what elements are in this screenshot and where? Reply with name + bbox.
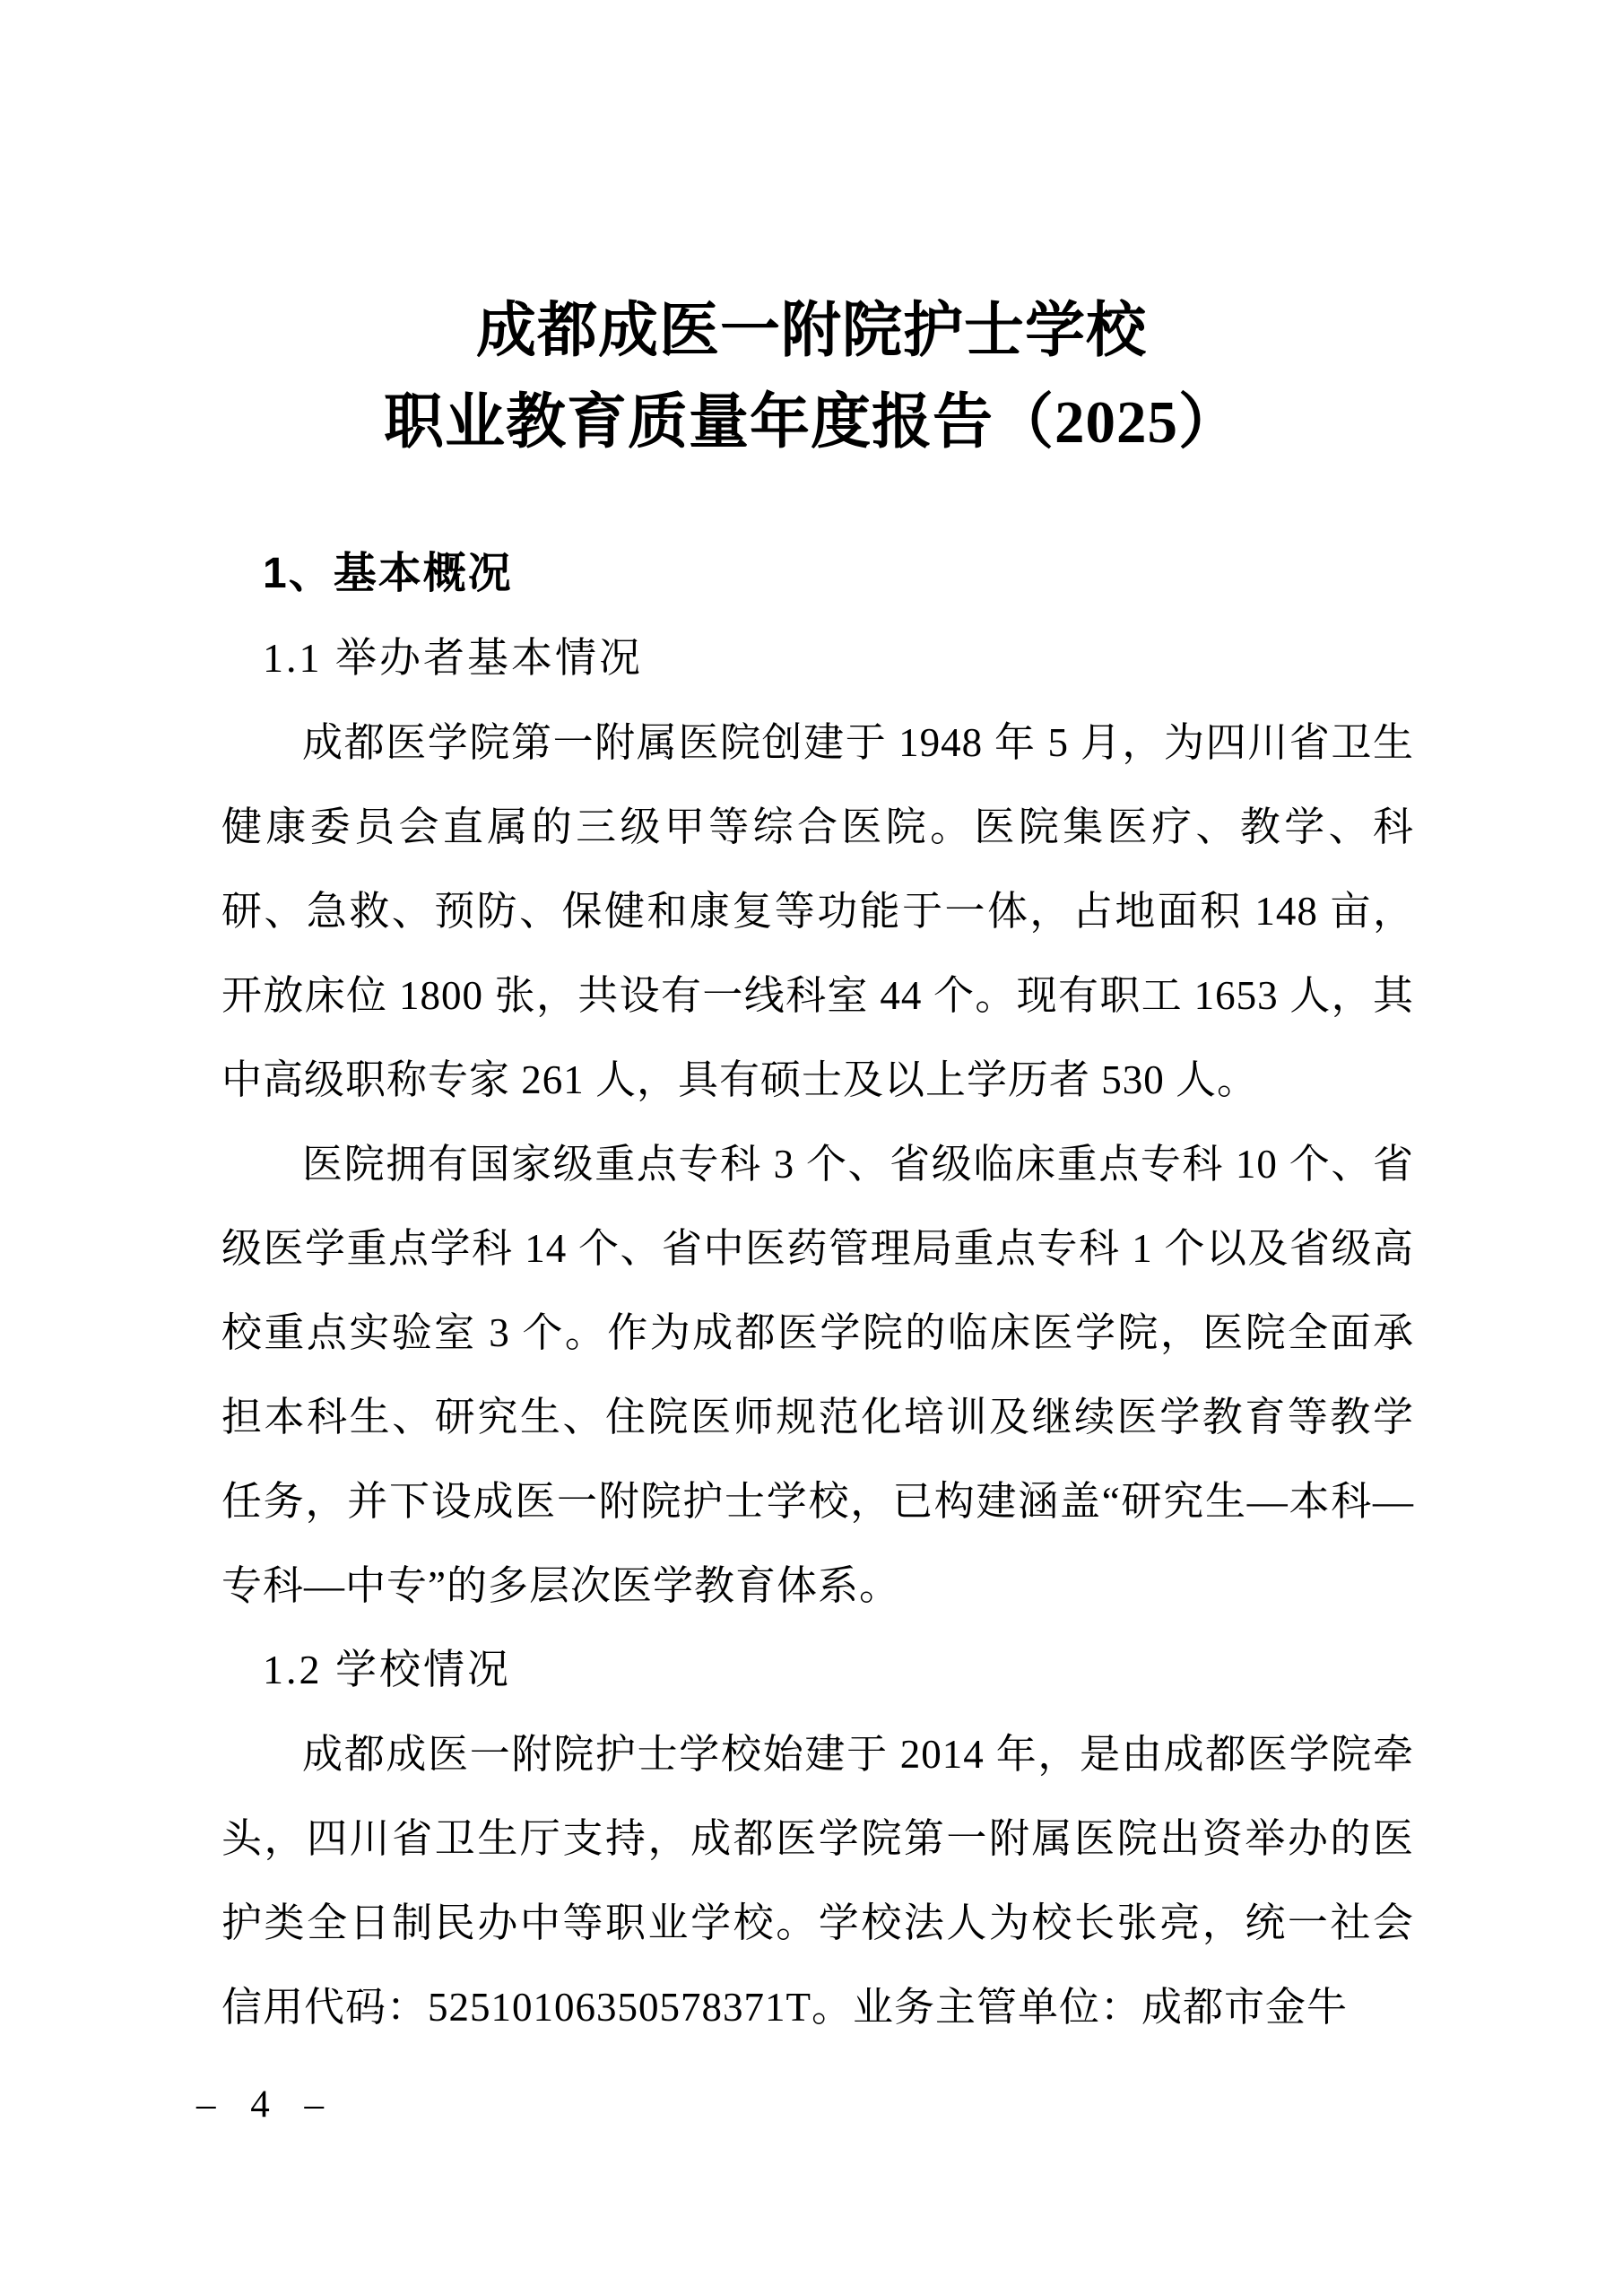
document-body: 1、基本概况 1.1 举办者基本情况 成都医学院第一附属医院创建于 1948 年…: [221, 532, 1414, 2049]
document-title-line2: 职业教育质量年度报告（2025）: [0, 377, 1623, 468]
document-page: 成都成医一附院护士学校 职业教育质量年度报告（2025） 1、基本概况 1.1 …: [0, 0, 1623, 2296]
paragraph-school-overview: 成都成医一附院护士学校始建于 2014 年，是由成都医学院牵头，四川省卫生厅支持…: [221, 1712, 1414, 2049]
page-number: – 4 –: [196, 2083, 336, 2127]
subsection-heading-school-info: 1.2 学校情况: [221, 1628, 1414, 1712]
section-heading-basic-overview: 1、基本概况: [221, 532, 1414, 616]
paragraph-hospital-overview: 成都医学院第一附属医院创建于 1948 年 5 月，为四川省卫生健康委员会直属的…: [221, 700, 1414, 1122]
document-title-line1: 成都成医一附院护士学校: [0, 285, 1623, 377]
document-title: 成都成医一附院护士学校 职业教育质量年度报告（2025）: [0, 285, 1623, 468]
subsection-heading-organizer-info: 1.1 举办者基本情况: [221, 616, 1414, 700]
paragraph-hospital-specialties: 医院拥有国家级重点专科 3 个、省级临床重点专科 10 个、省级医学重点学科 1…: [221, 1122, 1414, 1628]
